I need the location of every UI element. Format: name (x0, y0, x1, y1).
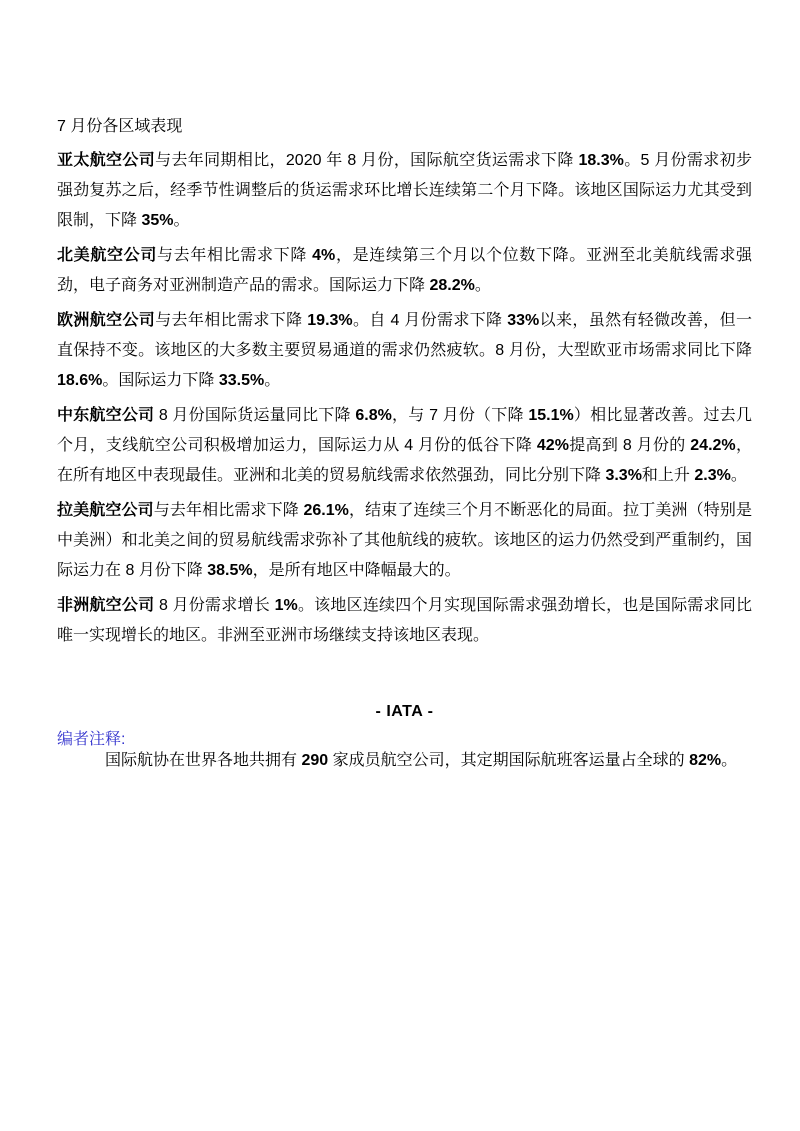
signoff-iata: - IATA - (57, 697, 752, 727)
text-run: 与去年相比需求下降 (155, 312, 307, 329)
stat-bold-run: 非洲航空公司 (57, 597, 154, 614)
paragraph-north-america: 北美航空公司与去年相比需求下降 4%，是连续第三个月以个位数下降。亚洲至北美航线… (57, 241, 752, 301)
stat-bold-run: 19.3% (307, 312, 352, 329)
text-run: 与去年相比需求下降 (154, 502, 304, 519)
editor-note-text: 国际航协在世界各地共拥有 290 家成员航空公司，其定期国际航班客运量占全球的 … (57, 750, 752, 771)
stat-bold-run: 2.3% (694, 467, 730, 484)
stat-bold-run: 26.1% (303, 502, 348, 519)
paragraph-africa: 非洲航空公司 8 月份需求增长 1%。该地区连续四个月实现国际需求强劲增长，也是… (57, 591, 752, 651)
text-run: 。 (173, 212, 189, 229)
stat-bold-run: 北美航空公司 (57, 247, 157, 264)
text-run: 家成员航空公司，其定期国际航班客运量占全球的 (328, 752, 689, 769)
stat-bold-run: 欧洲航空公司 (57, 312, 155, 329)
stat-bold-run: 290 (301, 752, 328, 769)
section-title: 7 月份各区域表现 (57, 112, 752, 142)
stat-bold-run: 33% (507, 312, 539, 329)
stat-bold-run: 拉美航空公司 (57, 502, 154, 519)
stat-bold-run: 42% (537, 437, 569, 454)
paragraph-latin-america: 拉美航空公司与去年相比需求下降 26.1%，结束了连续三个月不断恶化的局面。拉丁… (57, 496, 752, 586)
text-run: 8 月份国际货运量同比下降 (154, 407, 355, 424)
text-run: 。 (731, 467, 747, 484)
stat-bold-run: 18.3% (578, 152, 623, 169)
stat-bold-run: 33.5% (219, 372, 264, 389)
stat-bold-run: 4% (312, 247, 335, 264)
paragraph-middle-east: 中东航空公司 8 月份国际货运量同比下降 6.8%，与 7 月份（下降 15.1… (57, 401, 752, 491)
text-run: 和上升 (642, 467, 694, 484)
text-run: 。国际运力下降 (102, 372, 218, 389)
stat-bold-run: 3.3% (605, 467, 641, 484)
text-run: 8 月份需求增长 (154, 597, 274, 614)
document-page: 7 月份各区域表现 亚太航空公司与去年同期相比，2020 年 8 月份，国际航空… (0, 0, 800, 771)
stat-bold-run: 中东航空公司 (57, 407, 154, 424)
stat-bold-run: 28.2% (429, 277, 474, 294)
paragraph-asia-pacific: 亚太航空公司与去年同期相比，2020 年 8 月份，国际航空货运需求下降 18.… (57, 146, 752, 236)
stat-bold-run: 亚太航空公司 (57, 152, 155, 169)
text-run: 。自 4 月份需求下降 (353, 312, 508, 329)
text-run: ，是所有地区中降幅最大的。 (253, 562, 461, 579)
stat-bold-run: 15.1% (528, 407, 573, 424)
text-run: 。 (721, 752, 737, 769)
editor-note-label: 编者注释: (57, 730, 752, 750)
stat-bold-run: 24.2% (690, 437, 735, 454)
text-run: 国际航协在世界各地共拥有 (105, 752, 301, 769)
paragraph-europe: 欧洲航空公司与去年相比需求下降 19.3%。自 4 月份需求下降 33%以来，虽… (57, 306, 752, 396)
text-run: 。 (264, 372, 280, 389)
text-run: 与去年同期相比，2020 年 8 月份，国际航空货运需求下降 (155, 152, 578, 169)
stat-bold-run: 82% (689, 752, 721, 769)
stat-bold-run: 1% (275, 597, 298, 614)
text-run: 与去年相比需求下降 (157, 247, 312, 264)
text-run: ，与 7 月份（下降 (392, 407, 529, 424)
stat-bold-run: 38.5% (207, 562, 252, 579)
regional-performance-paragraphs: 亚太航空公司与去年同期相比，2020 年 8 月份，国际航空货运需求下降 18.… (57, 146, 752, 651)
stat-bold-run: 6.8% (355, 407, 391, 424)
text-run: 提高到 8 月份的 (569, 437, 690, 454)
stat-bold-run: 35% (141, 212, 173, 229)
text-run: 。 (475, 277, 491, 294)
stat-bold-run: 18.6% (57, 372, 102, 389)
